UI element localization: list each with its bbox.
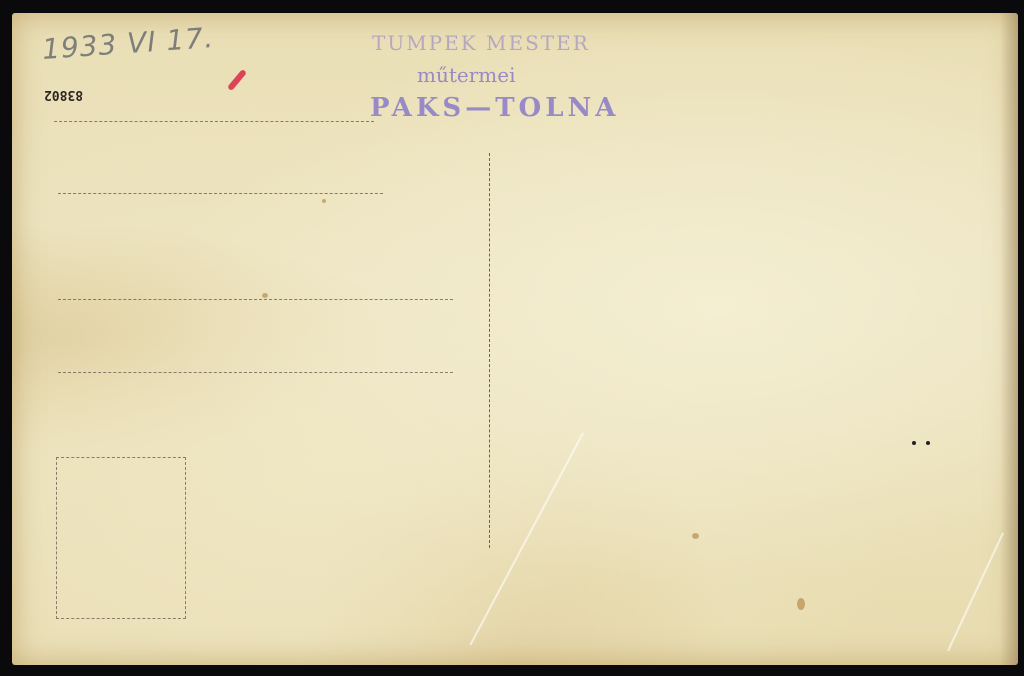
card-edge <box>1000 13 1018 665</box>
address-line <box>58 372 453 373</box>
center-divider <box>489 153 490 548</box>
red-ink-mark <box>227 69 247 91</box>
foxing-spot <box>262 293 268 298</box>
crease <box>469 433 583 646</box>
address-line <box>54 121 374 122</box>
stamp-studio: műtermei <box>417 63 515 87</box>
stamp-photographer: TUMPEK MESTER <box>372 31 590 55</box>
postcard-back: 1933 VI 17. 83802 TUMPEK MESTER műtermei… <box>12 13 1018 665</box>
stamp-box <box>56 457 186 619</box>
stamp-location: PAKS—TOLNA <box>370 93 619 123</box>
dot <box>912 441 916 445</box>
address-line <box>58 193 383 194</box>
handwritten-date: 1933 VI 17. <box>41 21 215 66</box>
crease <box>947 533 1004 652</box>
foxing-spot <box>322 199 326 203</box>
serial-number: 83802 <box>44 87 83 102</box>
address-line <box>58 299 453 300</box>
foxing-spot <box>797 598 805 610</box>
dot <box>926 441 930 445</box>
foxing-spot <box>692 533 699 539</box>
